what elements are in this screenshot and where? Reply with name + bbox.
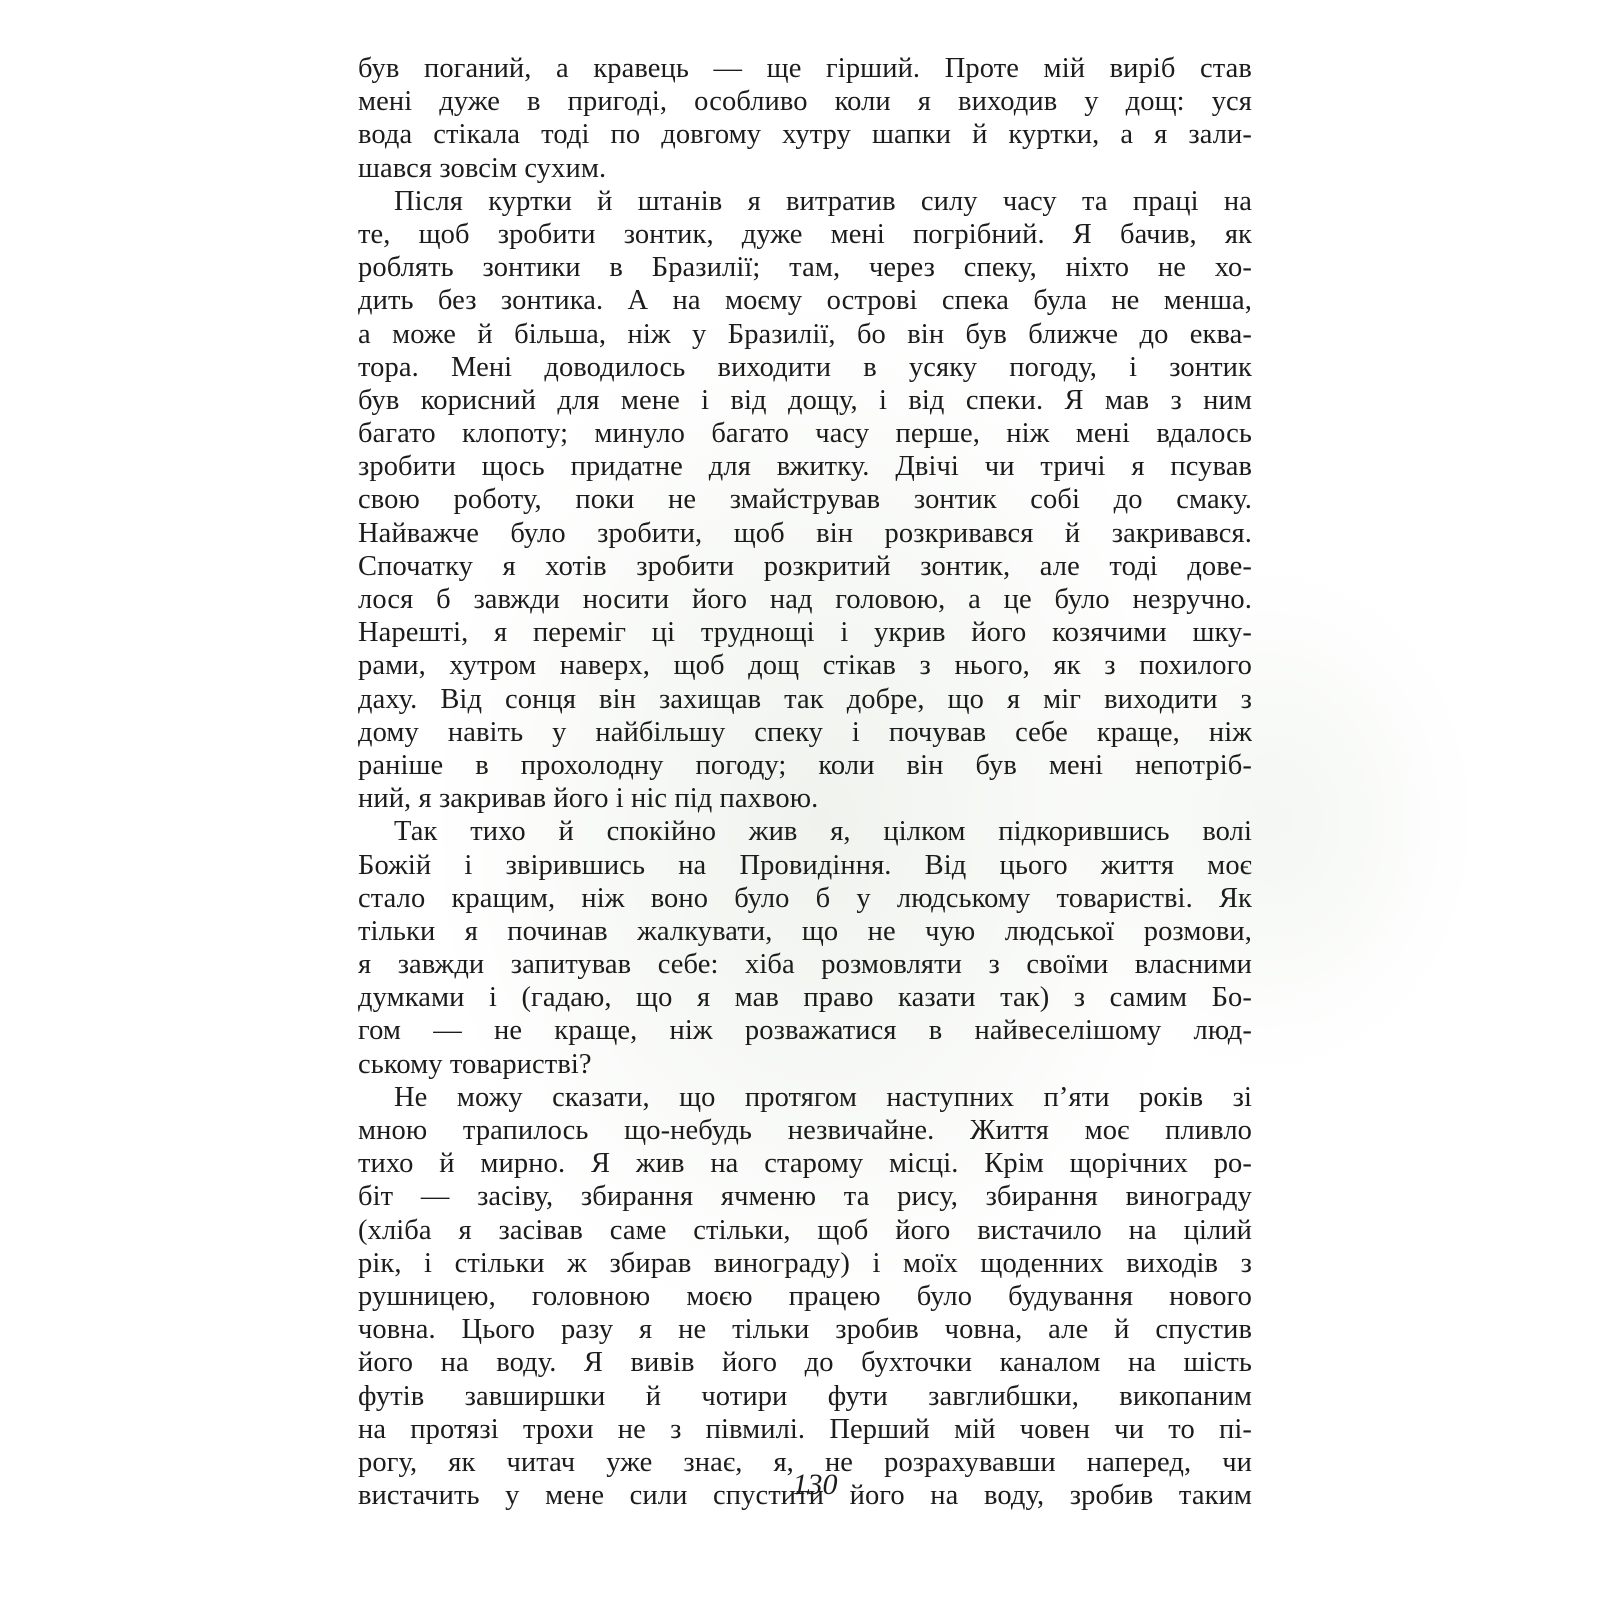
text-line: зробити щось придатне для вжитку. Двічі … [358,450,1252,483]
text-line: Не можу сказати, що протягом наступних п… [358,1081,1252,1114]
text-line: а може й більша, ніж у Бразилії, бо він … [358,318,1252,351]
text-line: ському товаристві? [358,1048,1252,1081]
text-line: Після куртки й штанів я витратив силу ча… [358,185,1252,218]
text-line: (хліба я засівав саме стільки, щоб його … [358,1214,1252,1247]
text-line: рушницею, головною моєю працею було буду… [358,1280,1252,1313]
text-line: роблять зонтики в Бразилії; там, через с… [358,251,1252,284]
book-page: був поганий, а кравець — ще гірший. Прот… [0,0,1600,1600]
text-line: був корисний для мене і від дощу, і від … [358,384,1252,417]
text-line: дому навіть у найбільшу спеку і почував … [358,716,1252,749]
text-line: раніше в прохолодну погоду; коли він був… [358,749,1252,782]
text-line: я завжди запитував себе: хіба розмовляти… [358,948,1252,981]
text-line: даху. Від сонця він захищав так добре, щ… [358,683,1252,716]
text-line: футів завширшки й чотири фути завглибшки… [358,1380,1252,1413]
text-line: те, щоб зробити зонтик, дуже мені погріб… [358,218,1252,251]
paragraph: Так тихо й спокійно жив я, цілком підкор… [358,815,1252,1081]
text-line: був поганий, а кравець — ще гірший. Прот… [358,52,1252,85]
text-line: біт — засіву, збирання ячменю та рису, з… [358,1180,1252,1213]
text-line: мною трапилось що-небудь незвичайне. Жит… [358,1114,1252,1147]
text-line: Божій і звірившись на Провидіння. Від ць… [358,849,1252,882]
text-line: свою роботу, поки не змайстрував зонтик … [358,483,1252,516]
body-text: був поганий, а кравець — ще гірший. Прот… [358,52,1252,1512]
paragraph: Не можу сказати, що протягом наступних п… [358,1081,1252,1512]
text-line: Спочатку я хотів зробити розкритий зонти… [358,550,1252,583]
text-line: багато клопоту; минуло багато часу перше… [358,417,1252,450]
text-line: стало кращим, ніж воно було б у людськом… [358,882,1252,915]
text-line: Нарешті, я переміг ці труднощі і укрив й… [358,616,1252,649]
text-line: дить без зонтика. А на моєму острові спе… [358,284,1252,317]
text-line: думками і (гадаю, що я мав право казати … [358,981,1252,1014]
paragraph: Після куртки й штанів я витратив силу ча… [358,185,1252,816]
text-line: вода стікала тоді по довгому хутру шапки… [358,118,1252,151]
text-line: його на воду. Я вивів його до бухточки к… [358,1346,1252,1379]
text-line: ний, я закривав його і ніс під пахвою. [358,782,1252,815]
page-number: 130 [760,1468,870,1502]
text-line: лося б завжди носити його над головою, а… [358,583,1252,616]
text-line: тільки я починав жалкувати, що не чую лю… [358,915,1252,948]
text-line: на протязі трохи не з півмилі. Перший мі… [358,1413,1252,1446]
text-line: гом — не краще, ніж розважатися в найвес… [358,1014,1252,1047]
text-line: шався зовсім сухим. [358,152,1252,185]
paragraph: був поганий, а кравець — ще гірший. Прот… [358,52,1252,185]
text-line: Так тихо й спокійно жив я, цілком підкор… [358,815,1252,848]
text-line: тора. Мені доводилось виходити в усяку п… [358,351,1252,384]
text-line: Найважче було зробити, щоб він розкривав… [358,517,1252,550]
text-line: рік, і стільки ж збирав винограду) і мої… [358,1247,1252,1280]
text-line: тихо й мирно. Я жив на старому місці. Кр… [358,1147,1252,1180]
text-line: мені дуже в пригоді, особливо коли я вих… [358,85,1252,118]
text-line: рами, хутром наверх, щоб дощ стікав з нь… [358,649,1252,682]
text-line: човна. Цього разу я не тільки зробив чов… [358,1313,1252,1346]
